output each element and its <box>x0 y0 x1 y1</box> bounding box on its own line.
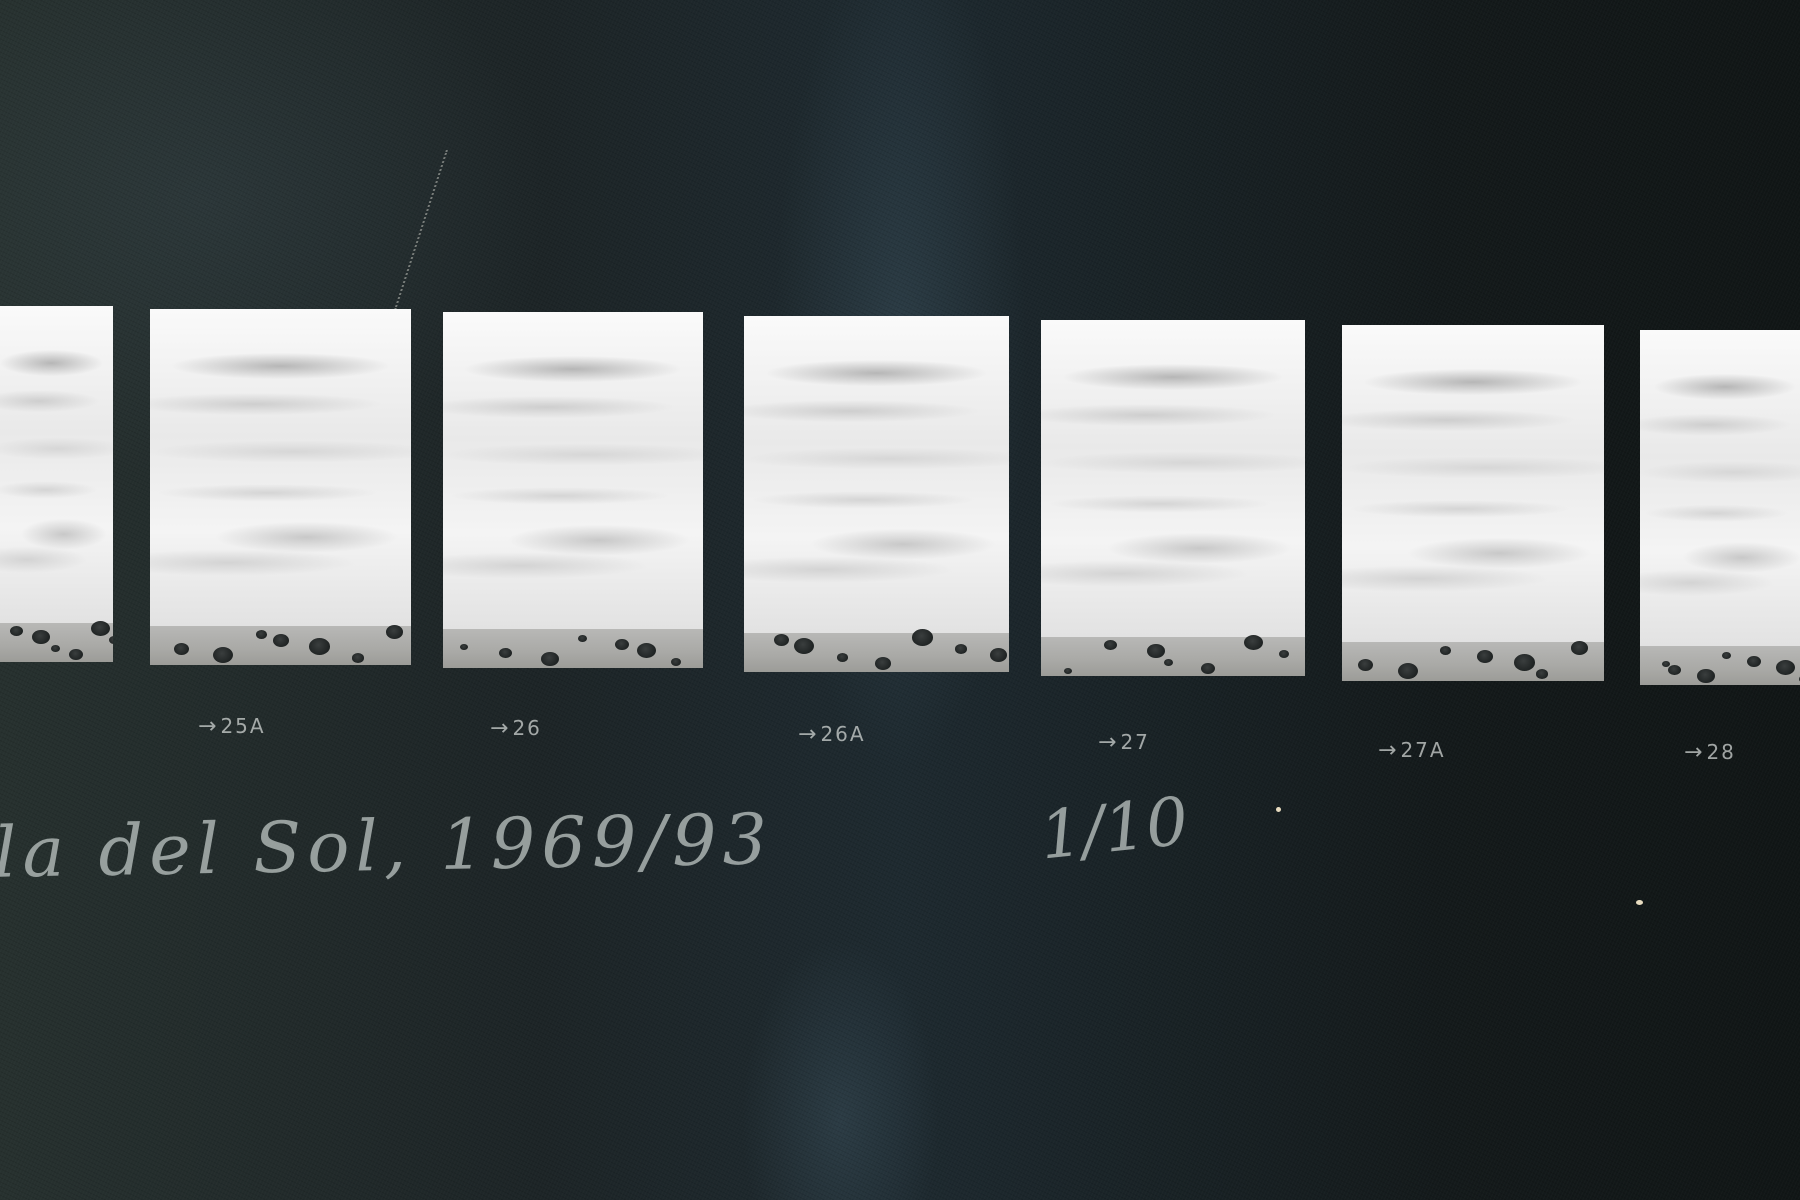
cloudy-sky <box>1041 320 1305 637</box>
bush <box>875 657 891 670</box>
desert-ground <box>443 629 703 668</box>
handwritten-edition-number: 1/10 <box>1036 782 1191 874</box>
cloudy-sky <box>443 312 703 629</box>
bush <box>1477 650 1493 663</box>
photo-frame-5 <box>0 306 113 662</box>
handwritten-title: la del Sol, 1969/93 <box>0 798 774 894</box>
frame-number-label: →25A <box>198 714 266 739</box>
desert-ground <box>1342 642 1604 681</box>
bush <box>912 629 933 646</box>
bush <box>1697 669 1715 683</box>
bush <box>1776 660 1795 675</box>
bush <box>51 645 60 652</box>
cloudy-sky <box>0 306 113 623</box>
cloudy-sky <box>1640 330 1800 646</box>
frame-number-label: →28 <box>1684 740 1736 765</box>
bush <box>352 653 364 663</box>
bush <box>1440 646 1451 655</box>
bush <box>955 644 967 654</box>
frame-number-text: 27A <box>1400 738 1445 762</box>
desert-ground <box>1041 637 1305 676</box>
film-frame-strip: 5→25A→26→26A→27→27A→28 <box>0 0 1800 1200</box>
photo-frame-26 <box>443 312 703 668</box>
arrow-right-icon: → <box>798 722 818 747</box>
frame-number-label: →27A <box>1378 738 1446 763</box>
arrow-right-icon: → <box>1378 738 1398 763</box>
photo-frame-28 <box>1640 330 1800 685</box>
photo-frame-25a <box>150 309 411 665</box>
bush <box>32 630 50 644</box>
bush <box>1358 659 1373 671</box>
frame-number-label: →26A <box>798 722 866 747</box>
cloudy-sky <box>150 309 411 626</box>
bush <box>1244 635 1263 650</box>
dust-speck <box>1636 900 1643 905</box>
bush <box>460 644 468 650</box>
bush <box>1398 663 1418 679</box>
bush <box>578 635 587 642</box>
bush <box>990 648 1007 662</box>
bush <box>1571 641 1588 655</box>
arrow-right-icon: → <box>198 714 218 739</box>
arrow-right-icon: → <box>1684 740 1704 765</box>
bush <box>1104 640 1117 650</box>
dust-speck <box>1276 807 1281 812</box>
bush <box>1164 659 1173 666</box>
bush <box>1747 656 1761 667</box>
bush <box>541 652 559 666</box>
photo-frame-27 <box>1041 320 1305 676</box>
bush <box>615 639 629 650</box>
photo-frame-26a <box>744 316 1009 672</box>
frame-number-label: →26 <box>490 716 542 741</box>
frame-number-text: 28 <box>1706 740 1735 764</box>
arrow-right-icon: → <box>1098 730 1118 755</box>
frame-number-text: 26 <box>512 716 541 740</box>
frame-number-text: 27 <box>1120 730 1149 754</box>
photo-frame-27a <box>1342 325 1604 681</box>
cloudy-sky <box>1342 325 1604 642</box>
bush <box>386 625 403 639</box>
bush <box>174 643 189 655</box>
arrow-right-icon: → <box>490 716 510 741</box>
bush <box>499 648 512 658</box>
bush <box>1064 668 1072 674</box>
frame-number-label: →27 <box>1098 730 1150 755</box>
bush <box>1147 644 1165 658</box>
frame-number-label: 5 <box>0 715 1 739</box>
bush <box>671 658 681 666</box>
bush <box>256 630 267 639</box>
bush <box>637 643 656 658</box>
bush <box>1279 650 1289 658</box>
bush <box>837 653 848 662</box>
bush <box>91 621 110 636</box>
bush <box>1514 654 1535 671</box>
frame-number-text: 26A <box>820 722 865 746</box>
cloudy-sky <box>744 316 1009 633</box>
bush <box>1722 652 1731 659</box>
bush <box>273 634 289 647</box>
frame-number-text: 25A <box>220 714 265 738</box>
bush <box>10 626 23 636</box>
